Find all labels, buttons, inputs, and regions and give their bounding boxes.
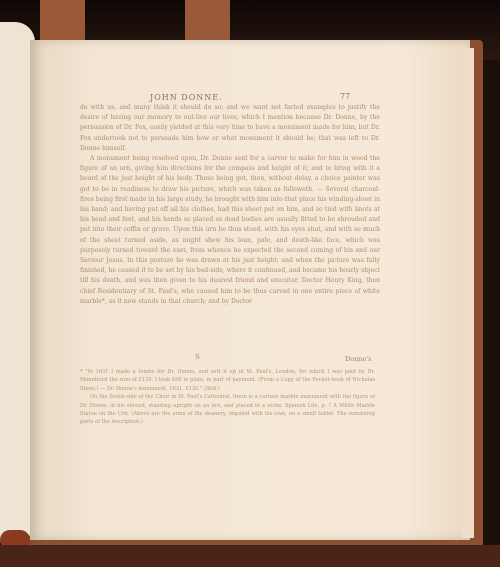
page-body: do with us, and many think it should do …: [80, 103, 380, 307]
book-stand-right: [185, 0, 230, 45]
page-number: 77: [340, 92, 350, 101]
footnotes: * "In 1631 I made a tombe for Dr. Donne,…: [80, 368, 375, 427]
running-head: JOHN DONNE.: [150, 93, 223, 102]
footnote: * "In 1631 I made a tombe for Dr. Donne,…: [80, 368, 375, 393]
paragraph: do with us, and many think it should do …: [80, 103, 380, 154]
book-stand-left: [40, 0, 85, 45]
page-edges: [462, 48, 474, 538]
footnote: On the South-side of the Choir in St. Pa…: [80, 393, 375, 427]
shelf: [0, 545, 500, 567]
paragraph: A monument being resolved upon, Dr. Donn…: [80, 154, 380, 307]
signature-mark: S: [195, 353, 200, 361]
catchword: Donne's: [345, 355, 371, 363]
